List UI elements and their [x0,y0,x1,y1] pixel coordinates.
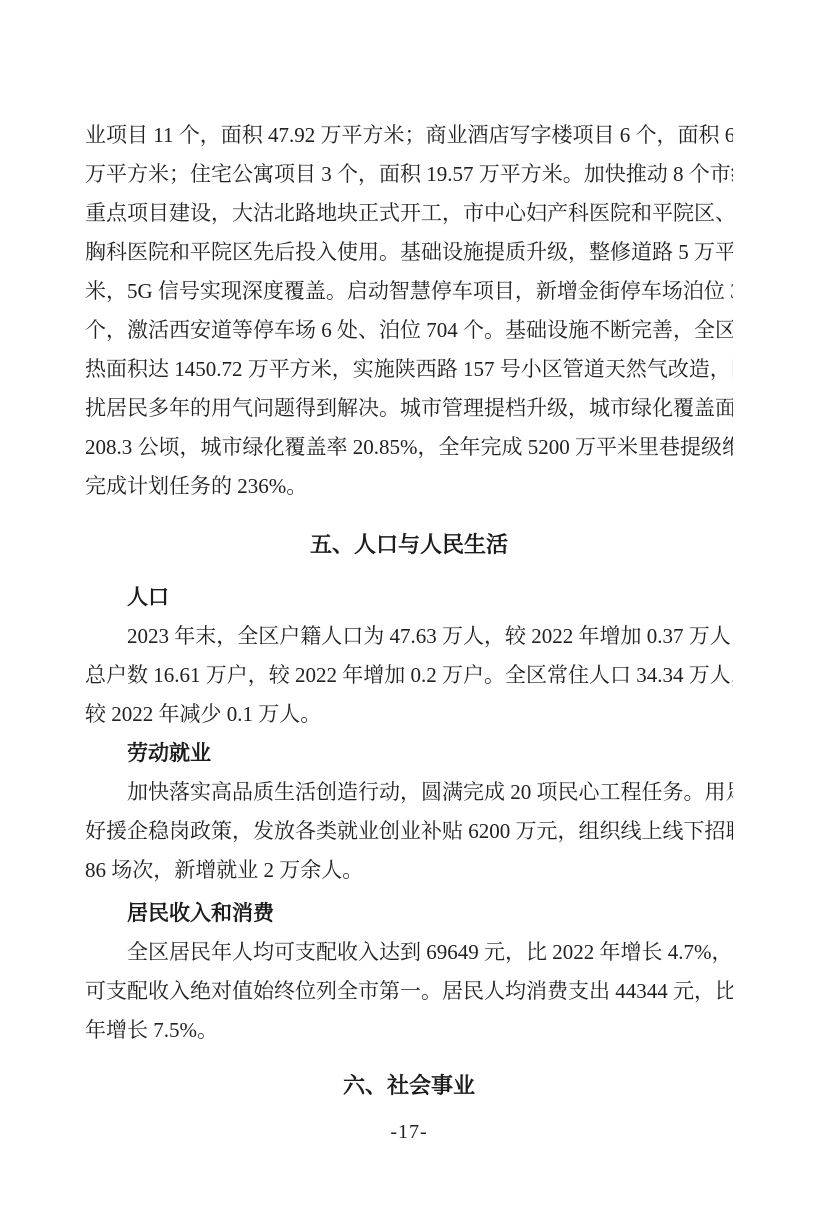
section-heading-population-and-livelihood: 五、人口与人民生活 [85,525,733,564]
paragraph-line: 86 场次，新增就业 2 万余人。 [85,851,733,890]
paragraph-line: 年增长 7.5%。 [85,1011,733,1050]
paragraph-line: 可支配收入绝对值始终位列全市第一。居民人均消费支出 44344 元，比 2022 [85,972,733,1011]
section-heading-social-undertakings: 六、社会事业 [85,1066,733,1105]
paragraph-line: 较 2022 年减少 0.1 万人。 [85,695,733,734]
paragraph-line: 208.3 公顷，城市绿化覆盖率 20.85%，全年完成 5200 万平米里巷提… [85,428,733,467]
paragraph-line: 米，5G 信号实现深度覆盖。启动智慧停车项目，新增金街停车场泊位 300 [85,272,733,311]
paragraph-line: 热面积达 1450.72 万平方米，实施陕西路 157 号小区管道天然气改造，困 [85,350,733,389]
paragraph-line: 重点项目建设，大沽北路地块正式开工，市中心妇产科医院和平院区、市 [85,194,733,233]
paragraph-line: 加快落实高品质生活创造行动，圆满完成 20 项民心工程任务。用足用 [85,773,733,812]
paragraph-line: 胸科医院和平院区先后投入使用。基础设施提质升级，整修道路 5 万平方 [85,233,733,272]
page-content: 业项目 11 个，面积 47.92 万平方米；商业酒店写字楼项目 6 个，面积 … [85,0,733,1152]
paragraph-line: 个，激活西安道等停车场 6 处、泊位 704 个。基础设施不断完善，全区供 [85,311,733,350]
paragraph-line: 好援企稳岗政策，发放各类就业创业补贴 6200 万元，组织线上线下招聘会 [85,812,733,851]
paragraph-line: 2023 年末，全区户籍人口为 47.63 万人，较 2022 年增加 0.37… [85,617,733,656]
paragraph-line: 总户数 16.61 万户，较 2022 年增加 0.2 万户。全区常住人口 34… [85,656,733,695]
page-number: -17- [85,1113,733,1152]
subheading-income-and-consumption: 居民收入和消费 [85,894,733,933]
document-page: 业项目 11 个，面积 47.92 万平方米；商业酒店写字楼项目 6 个，面积 … [0,0,818,1228]
paragraph-line: 全区居民年人均可支配收入达到 69649 元，比 2022 年增长 4.7%，人… [85,933,733,972]
paragraph-line: 万平方米；住宅公寓项目 3 个，面积 19.57 万平方米。加快推动 8 个市级 [85,155,733,194]
paragraph-line: 业项目 11 个，面积 47.92 万平方米；商业酒店写字楼项目 6 个，面积 … [85,116,733,155]
paragraph-line: 扰居民多年的用气问题得到解决。城市管理提档升级，城市绿化覆盖面积 [85,389,733,428]
subheading-population: 人口 [85,578,733,617]
subheading-employment: 劳动就业 [85,734,733,773]
paragraph-line: 完成计划任务的 236%。 [85,467,733,506]
